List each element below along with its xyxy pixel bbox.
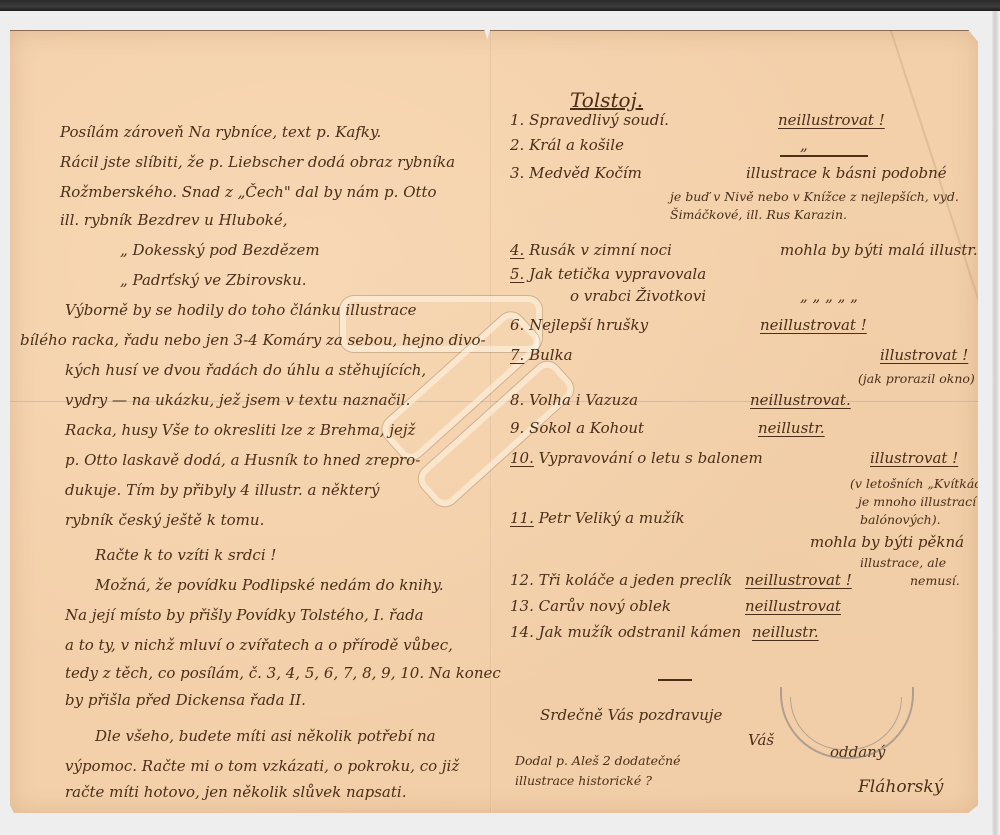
item-title: Sokol a Kohout xyxy=(529,419,644,437)
letter-line: račte míti hotovo, jen několik slůvek na… xyxy=(65,783,406,803)
list-item: 14. Jak mužík odstranil kámen xyxy=(510,623,741,643)
letter-line: Posílám zároveň Na rybníce, text p. Kafk… xyxy=(60,123,381,143)
scanner-bar xyxy=(0,0,1000,11)
item-number: 2. xyxy=(510,136,524,154)
letter-line: Výborně by se hodily do toho článku illu… xyxy=(65,301,417,321)
item-number: 7. xyxy=(510,346,524,364)
item-title: Král a košile xyxy=(529,136,624,154)
item-title: Jak mužík odstranil kámen xyxy=(539,623,742,641)
item-title: Spravedlivý soudí. xyxy=(529,111,669,129)
item-subnote: (jak prorazil okno) xyxy=(858,371,975,387)
ditto-underline xyxy=(780,155,868,157)
list-item: 8. Volha i Vazuza xyxy=(510,391,638,411)
item-number: 5. xyxy=(510,265,524,283)
item-note: illustrace k básni podobné xyxy=(746,164,947,184)
item-title: Nejlepší hrušky xyxy=(529,316,648,334)
letter-line: Dle všeho, budete míti asi několik potře… xyxy=(95,727,436,747)
item-note: neillustr. xyxy=(752,623,819,643)
list-item: 7. Bulka xyxy=(510,346,573,366)
item-title: Vypravování o letu s balonem xyxy=(539,449,763,467)
list-item: 13. Carův nový oblek xyxy=(510,597,671,617)
item-number: 10. xyxy=(510,449,534,467)
letter-line: ill. rybník Bezdrev u Hluboké, xyxy=(60,211,288,231)
item-title: Petr Veliký a mužík xyxy=(539,509,685,527)
item-note: neillustrovat xyxy=(745,597,841,617)
item-subnote: je buď v Nivě nebo v Knížce z nejlepších… xyxy=(670,189,959,205)
item-note: mohla by býti malá illustr. xyxy=(780,241,978,261)
signature-line: Váš xyxy=(748,731,774,751)
item-note: „ „ „ „ „ xyxy=(800,287,858,307)
letter-line: bílého racka, řadu nebo jen 3-4 Komáry z… xyxy=(20,331,486,351)
list-item: 11. Petr Veliký a mužík xyxy=(510,509,685,529)
item-subnote: (v letošních „Kvítkách" xyxy=(850,476,995,492)
item-number: 3. xyxy=(510,164,524,182)
item-note: neillustrovat ! xyxy=(745,571,852,591)
letter-line: tedy z těch, co posílám, č. 3, 4, 5, 6, … xyxy=(65,664,501,684)
list-item: 4. Rusák v zimní noci xyxy=(510,241,672,261)
letter-line: Račte k to vzíti k srdci ! xyxy=(95,546,276,566)
letter-line: rybník český ještě k tomu. xyxy=(65,511,264,531)
item-number: 4. xyxy=(510,241,524,259)
signature: Fláhorský xyxy=(858,776,943,798)
item-note: neillustrovat. xyxy=(750,391,851,411)
letter-line: „ Dokesský pod Bezdězem xyxy=(120,241,320,261)
item-subnote: balónových). xyxy=(860,512,941,528)
list-item: 3. Medvěd Kočím xyxy=(510,164,642,184)
letter-line: Možná, že povídku Podlipské nedám do kni… xyxy=(95,576,444,596)
list-item: 1. Spravedlivý soudí. xyxy=(510,111,669,131)
item-subnote: nemusí. xyxy=(910,573,960,589)
item-number: 14. xyxy=(510,623,534,641)
item-subnote: Šimáčkové, ill. Rus Karazin. xyxy=(670,207,847,223)
letter-line: p. Otto laskavě dodá, a Husník to hned z… xyxy=(65,451,420,471)
list-item: 5. Jak tetička vypravovala xyxy=(510,265,706,285)
letter-line: dukuje. Tím by přibyly 4 illustr. a někt… xyxy=(65,481,379,501)
item-title: Bulka xyxy=(529,346,573,364)
postscript-line: Dodal p. Aleš 2 dodatečné xyxy=(515,753,681,769)
letter-line: „ Padrťský ve Zbirovsku. xyxy=(120,271,307,291)
item-number: 9. xyxy=(510,419,524,437)
item-subnote: illustrace, ale xyxy=(860,555,946,571)
letter-line: Racka, husy Vše to okresliti lze z Brehm… xyxy=(65,421,415,441)
item-number: 11. xyxy=(510,509,534,527)
list-item: 6. Nejlepší hrušky xyxy=(510,316,648,336)
letter-sheet: Posílám zároveň Na rybníce, text p. Kafk… xyxy=(10,30,978,813)
letter-line: Rácil jste slíbiti, že p. Liebscher dodá… xyxy=(60,153,455,173)
item-title: Volha i Vazuza xyxy=(529,391,638,409)
letter-line: Rožmberského. Snad z „Čech" dal by nám p… xyxy=(60,183,437,203)
item-subtitle: o vrabci Životkovi xyxy=(570,287,706,307)
letter-line: vydry — na ukázku, jež jsem v textu nazn… xyxy=(65,391,410,411)
item-note: neillustr. xyxy=(758,419,825,439)
list-item: 9. Sokol a Kohout xyxy=(510,419,644,439)
item-title: Carův nový oblek xyxy=(539,597,671,615)
postscript-line: illustrace historické ? xyxy=(515,773,652,789)
item-subnote: je mnoho illustrací xyxy=(858,494,976,510)
letter-line: by přišla před Dickensa řada II. xyxy=(65,691,306,711)
item-note: neillustrovat ! xyxy=(778,111,885,131)
list-item: 10. Vypravování o letu s balonem xyxy=(510,449,763,469)
item-note: illustrovat ! xyxy=(880,346,968,366)
item-title: Rusák v zimní noci xyxy=(529,241,672,259)
item-title: Tři koláče a jeden preclík xyxy=(539,571,733,589)
scan-border xyxy=(992,11,1000,835)
list-item: 2. Král a košile xyxy=(510,136,624,156)
fold-line-vertical xyxy=(490,31,492,813)
letter-line: výpomoc. Račte mi o tom vzkázati, o pokr… xyxy=(65,757,459,777)
item-note: mohla by býti pěkná xyxy=(810,533,964,553)
item-number: 8. xyxy=(510,391,524,409)
item-title: Jak tetička vypravovala xyxy=(529,265,706,283)
item-number: 13. xyxy=(510,597,534,615)
list-item: 12. Tři koláče a jeden preclík xyxy=(510,571,732,591)
page-title: Tolstoj. xyxy=(570,87,643,113)
item-note: „ xyxy=(800,136,808,156)
item-title: Medvěd Kočím xyxy=(529,164,642,182)
separator-dash xyxy=(658,679,692,681)
item-number: 6. xyxy=(510,316,524,334)
item-note: neillustrovat ! xyxy=(760,316,867,336)
closing-line: Srdečně Vás pozdravuje xyxy=(540,706,722,726)
letter-line: a to ty, v nichž mluví o zvířatech a o p… xyxy=(65,636,453,656)
letter-line: kých husí ve dvou řadách do úhlu a stěhu… xyxy=(65,361,426,381)
item-number: 12. xyxy=(510,571,534,589)
letter-line: Na její místo by přišly Povídky Tolstého… xyxy=(65,606,424,626)
item-note: illustrovat ! xyxy=(870,449,958,469)
item-number: 1. xyxy=(510,111,524,129)
